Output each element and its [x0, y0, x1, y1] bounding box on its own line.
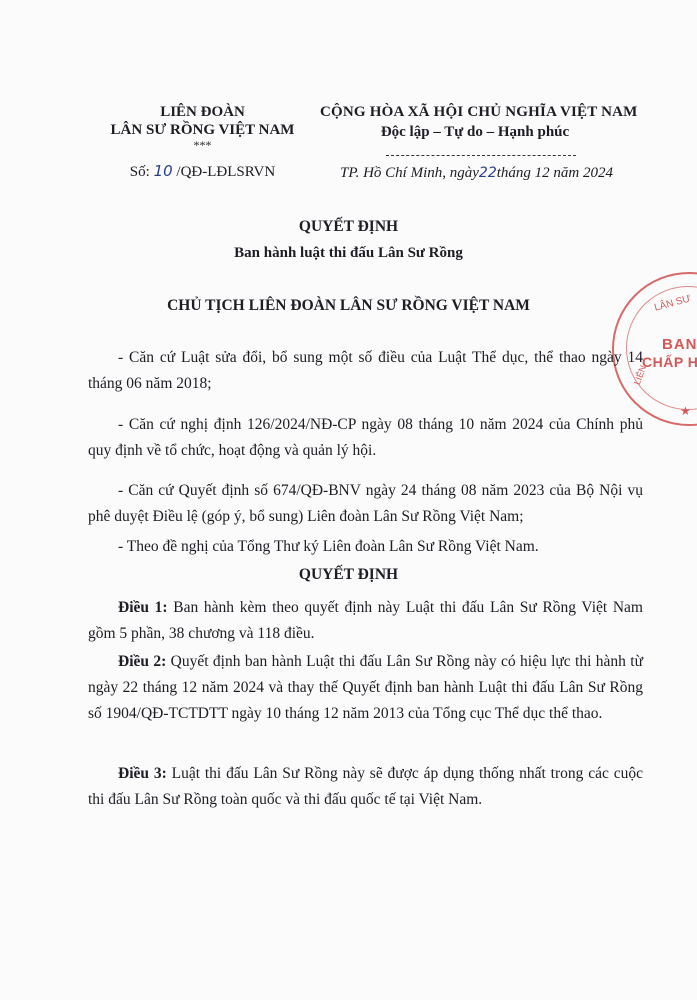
decision-heading: QUYẾT ĐỊNH [0, 566, 697, 584]
number-prefix: Số: [130, 164, 154, 180]
preamble-item: - Căn cứ Quyết định số 674/QĐ-BNV ngày 2… [88, 478, 643, 530]
document-subject: Ban hành luật thi đấu Lân Sư Rồng [0, 245, 697, 262]
preamble-item: - Căn cứ Luật sửa đổi, bổ sung một số đi… [88, 345, 643, 397]
stamp-line1: BAN [662, 336, 697, 353]
country-name: CỘNG HÒA XÃ HỘI CHỦ NGHĨA VIỆT NAM [320, 104, 630, 121]
national-motto: Độc lập – Tự do – Hạnh phúc [320, 124, 630, 141]
date-prefix: TP. Hồ Chí Minh, ngày [340, 165, 479, 181]
article-text: Ban hành kèm theo quyết định này Luật th… [88, 599, 643, 642]
document-type: QUYẾT ĐỊNH [0, 218, 697, 236]
preamble-item: - Căn cứ nghị định 126/2024/NĐ-CP ngày 0… [88, 412, 643, 464]
article-text: Luật thi đấu Lân Sư Rồng này sẽ được áp … [88, 765, 643, 808]
article-label: Điều 3: [118, 765, 167, 782]
org-stars: *** [95, 138, 310, 153]
date-suffix: tháng 12 năm 2024 [497, 165, 613, 181]
issuing-authority: CHỦ TỊCH LIÊN ĐOÀN LÂN SƯ RỒNG VIỆT NAM [0, 297, 697, 315]
org-name-line2: LÂN SƯ RỒNG VIỆT NAM [95, 122, 310, 139]
motto-divider [386, 155, 576, 156]
place-date: TP. Hồ Chí Minh, ngày22tháng 12 năm 2024 [340, 165, 613, 182]
number-suffix: /QĐ-LĐLSRVN [173, 164, 276, 180]
document-number: Số: 10 /QĐ-LĐLSRVN [95, 162, 310, 181]
article-text: Quyết định ban hành Luật thi đấu Lân Sư … [88, 653, 643, 722]
article: Điều 1: Ban hành kèm theo quyết định này… [88, 595, 643, 647]
article: Điều 2: Quyết định ban hành Luật thi đấu… [88, 649, 643, 727]
article-label: Điều 1: [118, 599, 168, 616]
star-icon: ★ [680, 404, 691, 418]
document-page: LIÊN ĐOÀN LÂN SƯ RỒNG VIỆT NAM *** Số: 1… [0, 0, 697, 1000]
number-handwritten: 10 [154, 162, 173, 180]
preamble-item: - Theo đề nghị của Tổng Thư ký Liên đoàn… [88, 534, 643, 560]
article-label: Điều 2: [118, 653, 166, 670]
org-name-line1: LIÊN ĐOÀN [95, 104, 310, 121]
date-day-handwritten: 22 [479, 165, 497, 181]
stamp-line2: CHẤP HÀ [642, 354, 697, 370]
article: Điều 3: Luật thi đấu Lân Sư Rồng này sẽ … [88, 761, 643, 813]
